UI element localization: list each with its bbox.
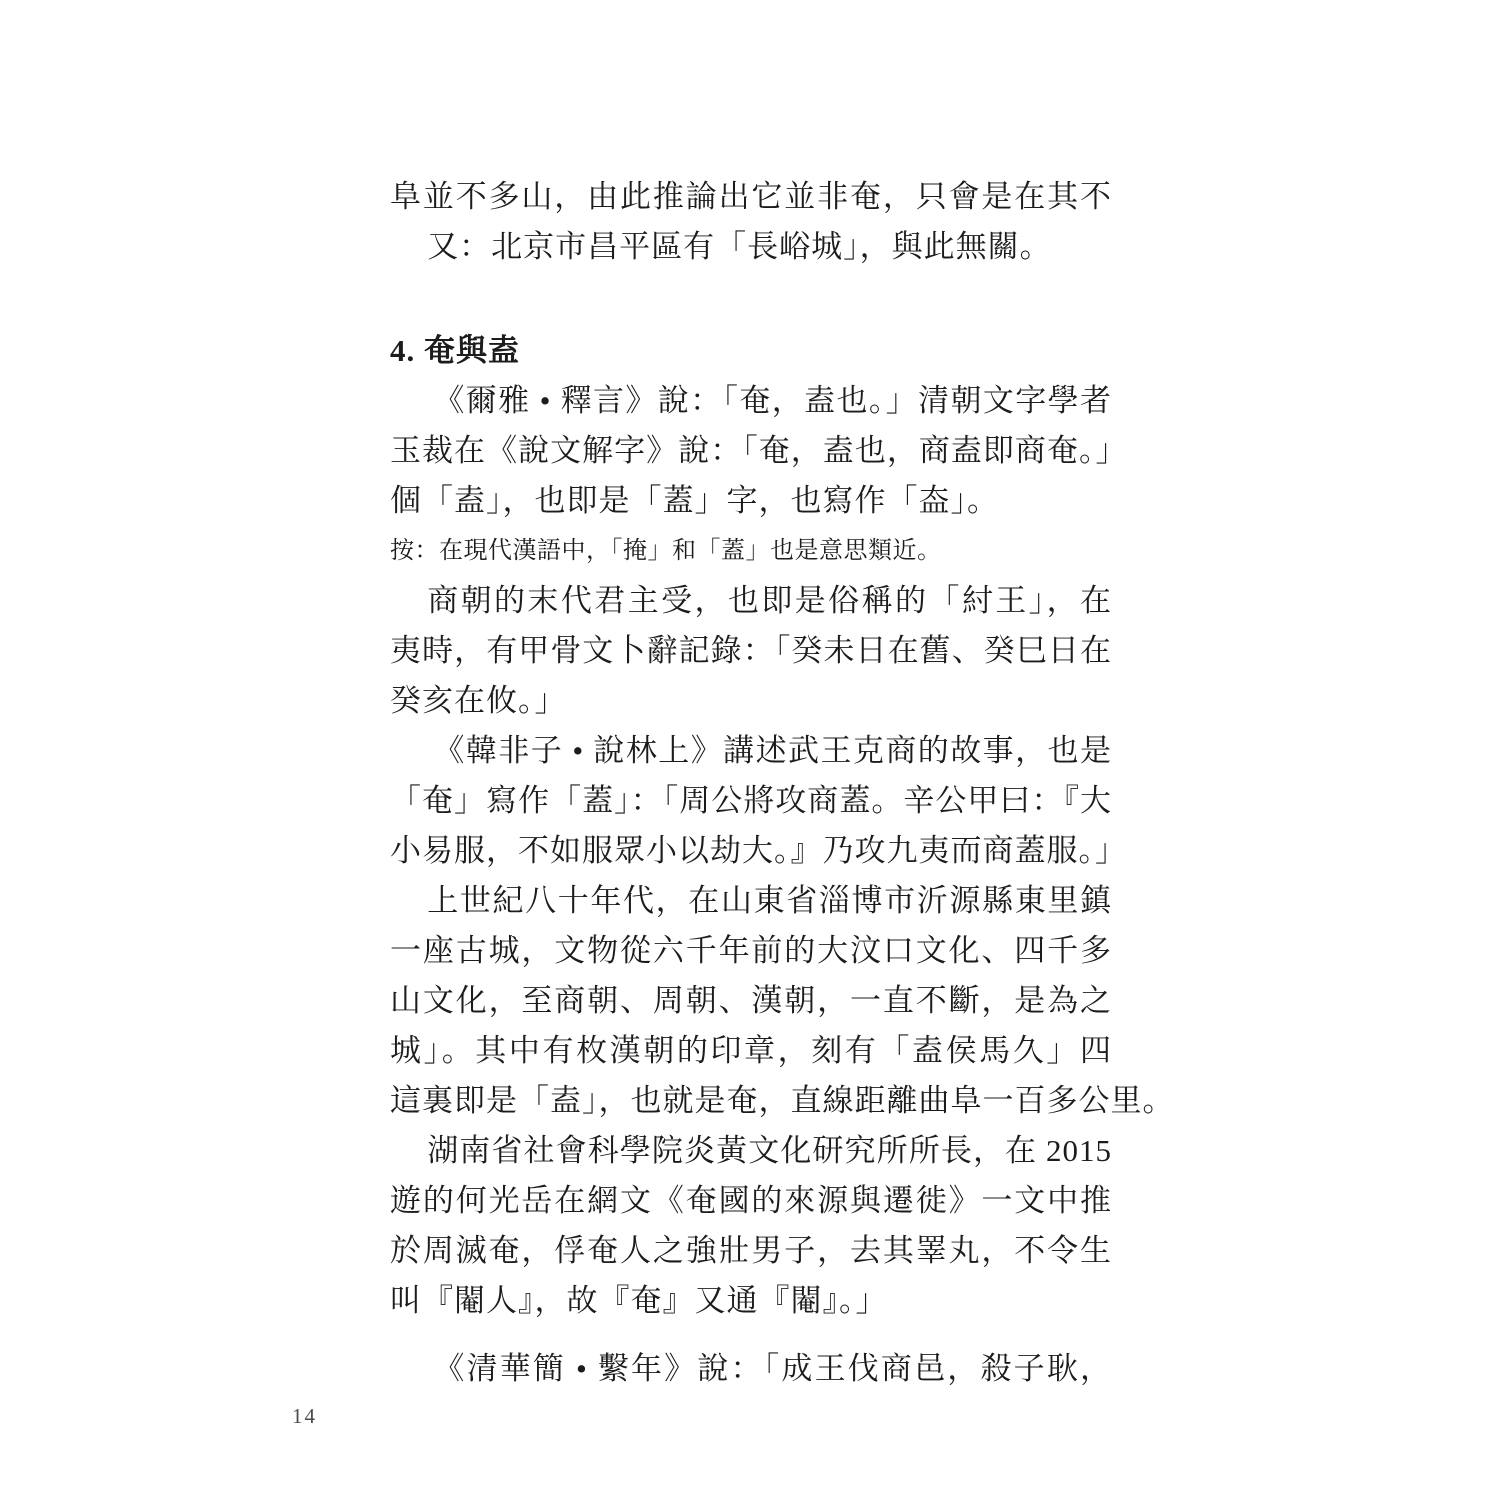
text-line: 夷時，有甲骨文卜辭記錄：「癸未日在舊、癸巳日在盍、 <box>390 626 1112 676</box>
annotation-line: 按：在現代漢語中，「掩」和「蓋」也是意思類近。 <box>390 526 1112 576</box>
text-line: 《清華簡 • 繫年》說：「成王伐商邑，殺子耿，飛廉 <box>390 1344 1112 1394</box>
text-line: 上世紀八十年代，在山東省淄博市沂源縣東里鎮發掘出 <box>390 876 1112 926</box>
text-line: 於周滅奄，俘奄人之強壯男子，去其睪丸，不令生育，故 <box>390 1226 1112 1276</box>
text-line: 一座古城，文物從六千年前的大汶口文化、四千多年前的龍 <box>390 926 1112 976</box>
text-line: 阜並不多山，由此推論出它並非奄，只會是在其不遠處。 <box>390 172 1112 222</box>
text-line: 癸亥在攸。」 <box>390 676 1112 726</box>
text-line: 玉裁在《說文解字》說：「奄，盍也，商盍即商奄。」這 <box>390 426 1112 476</box>
text-line: 又：北京市昌平區有「長峪城」，與此無關。 <box>390 222 1112 272</box>
text-line: 商朝的末代君主受，也即是俗稱的「紂王」，在征伐東 <box>390 576 1112 626</box>
text-line: 小易服，不如服眾小以劫大。』乃攻九夷而商蓋服。」 <box>390 826 1112 876</box>
text-line: 山文化，至商朝、周朝、漢朝，一直不斷，是為之「東安古 <box>390 976 1112 1026</box>
text-line: 《爾雅 • 釋言》說：「奄，盍也。」清朝文字學者段 <box>390 376 1112 426</box>
document-page: 阜並不多山，由此推論出它並非奄，只會是在其不遠處。 又：北京市昌平區有「長峪城」… <box>0 0 1500 1500</box>
text-line: 遊的何光岳在網文《奄國的來源與遷徙》一文中推測：「由 <box>390 1176 1112 1226</box>
page-number: 14 <box>292 1404 317 1429</box>
text-line: 城」。其中有枚漢朝的印章，刻有「盍侯馬久」四字，證明 <box>390 1026 1112 1076</box>
text-line: 「奄」寫作「蓋」：「周公將攻商蓋。辛公甲曰：『大難攻， <box>390 776 1112 826</box>
text-line: 個「盍」，也即是「蓋」字，也寫作「盇」。 <box>390 476 1112 526</box>
text-block: 阜並不多山，由此推論出它並非奄，只會是在其不遠處。 又：北京市昌平區有「長峪城」… <box>390 172 1112 1394</box>
text-line: 叫『閹人』，故『奄』又通『閹』。」 <box>390 1276 1112 1326</box>
section-heading: 4. 奄與盍 <box>390 326 1112 376</box>
text-line: 湖南省社會科學院炎黃文化研究所所長，在 2015年仙 <box>390 1126 1112 1176</box>
text-line: 這裏即是「盍」，也就是奄，直線距離曲阜一百多公里。 <box>390 1076 1112 1126</box>
text-line: 《韓非子 • 說林上》講述武王克商的故事，也是把 <box>390 726 1112 776</box>
